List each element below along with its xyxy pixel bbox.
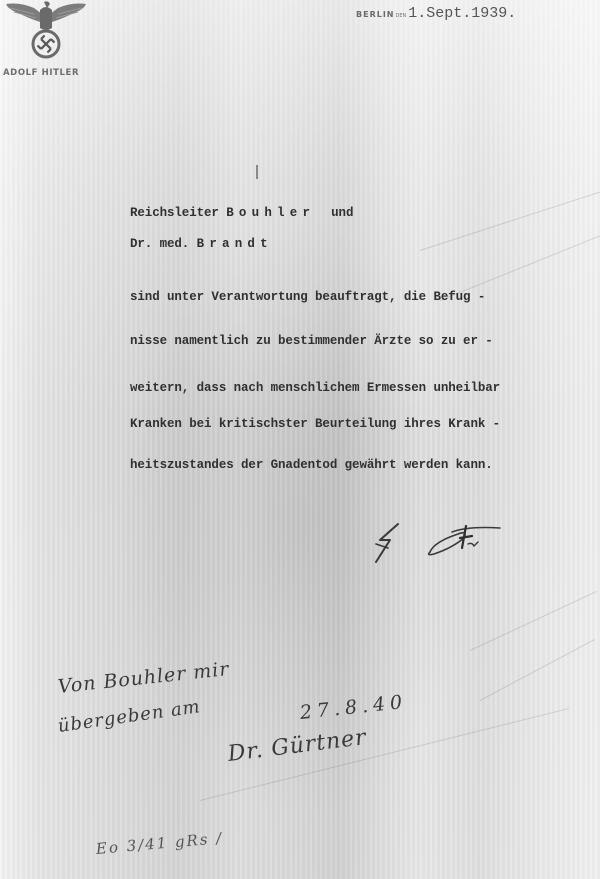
paper-crease <box>420 188 600 251</box>
body-line: Kranken bei kritischster Beurteilung ihr… <box>130 417 500 431</box>
handwritten-annotation-signature: Dr. Gürtner <box>226 725 368 767</box>
addressee-line-1: Reichsleiter Bouhlerund <box>130 206 353 220</box>
addressee-name-brandt: Brandt <box>197 237 273 251</box>
addressee-title: Dr. med. <box>130 237 189 251</box>
addressee-name-bouhler: Bouhler <box>226 206 315 220</box>
body-line: weitern, dass nach menschlichem Ermessen… <box>130 381 500 395</box>
dateline: BERLINDEN1.Sept.1939. <box>356 4 516 22</box>
body-line: nisse namentlich zu bestimmender Ärzte s… <box>130 334 493 348</box>
letterhead: ADOLF HITLER <box>0 0 100 90</box>
paper-crease <box>470 591 597 651</box>
dateline-den: DEN <box>396 13 407 19</box>
scanned-document-page: ADOLF HITLER BERLINDEN1.Sept.1939. Reich… <box>0 0 600 879</box>
handwritten-signature <box>368 512 518 572</box>
addressee-line-2: Dr. med. Brandt <box>130 237 273 251</box>
handwritten-annotation-date: 27.8.40 <box>299 691 408 724</box>
handwritten-annotation-line-2: übergeben am <box>57 696 202 737</box>
addressee-conjunction: und <box>331 206 353 220</box>
body-line: sind unter Verantwortung beauftragt, die… <box>130 290 485 304</box>
archive-reference-note: Eo 3/41 gRs / <box>95 829 224 858</box>
eagle-swastika-emblem-icon <box>0 0 92 62</box>
addressee-title: Reichsleiter <box>130 206 219 220</box>
body-line: heitszustandes der Gnadentod gewährt wer… <box>130 458 493 472</box>
letterhead-name: ADOLF HITLER <box>3 68 79 78</box>
handwritten-annotation-line-1: Von Bouhler mir <box>57 658 231 698</box>
pencil-tick-mark <box>256 165 258 179</box>
paper-crease <box>480 639 595 701</box>
dateline-place: BERLIN <box>356 10 395 19</box>
dateline-date: 1.Sept.1939. <box>408 5 516 22</box>
